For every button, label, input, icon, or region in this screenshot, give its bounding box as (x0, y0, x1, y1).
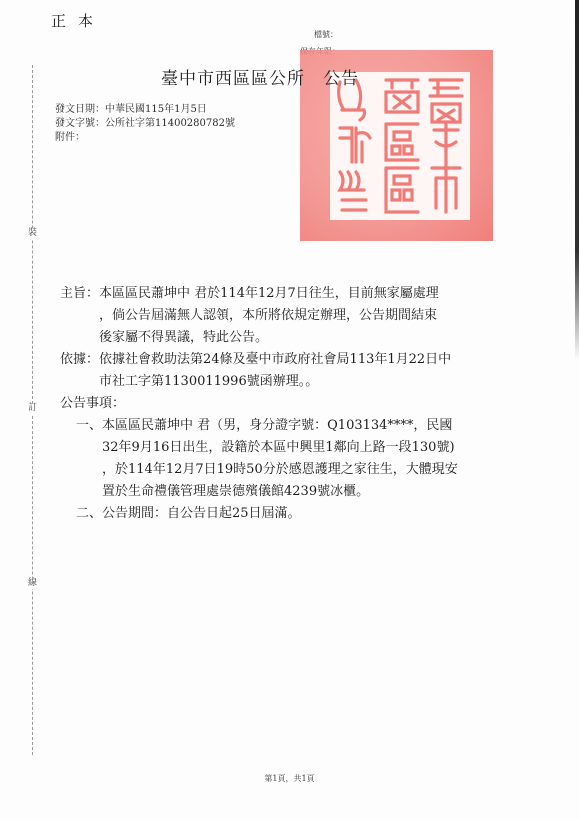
basis-line: 依據社會救助法第24條及臺中市政府社會局113年1月22日中 (99, 349, 520, 371)
subject-line: ，倘公告屆滿無人認領，本所將依規定辦理，公告期間結束 (99, 305, 520, 327)
notice-item-line: 32年9月16日出生，設籍於本區中興里1鄰向上路一段130號) (102, 437, 520, 459)
copy-mark: 正本 (51, 10, 105, 31)
document-page: 正本 檔號： 保存年限： 裝 訂 線 (0, 0, 579, 819)
subject-line: 本區區民蕭坤中 君於114年12月7日往生，目前無家屬處理 (99, 283, 520, 305)
seal-inner (330, 72, 470, 220)
binding-mark-xian: 線 (28, 578, 37, 589)
notice-items-label: 公告事項： (60, 393, 520, 415)
subject-label: 主旨： (60, 283, 99, 349)
issue-date-row: 發文日期：中華民國115年1月5日 (55, 103, 235, 117)
page-title: 臺中市西區區公所 公告 (161, 64, 359, 89)
page-number-footer: 第1頁，共1頁 (0, 773, 579, 784)
binding-mark-ding: 訂 (28, 403, 37, 414)
issue-date-value: 中華民國115年1月5日 (105, 104, 207, 115)
document-metadata: 發文日期：中華民國115年1月5日 發文字號：公所社字第11400280782號… (55, 103, 235, 145)
notice-item-content: 公告期間：自公告日起25日屆滿。 (102, 503, 520, 525)
document-body: 主旨： 本區區民蕭坤中 君於114年12月7日往生，目前無家屬處理 ，倘公告屆滿… (60, 283, 520, 525)
basis-label: 依據： (60, 349, 99, 393)
basis-line: 市社工字第1130011996號函辦理。。 (99, 371, 520, 393)
basis-section: 依據： 依據社會救助法第24條及臺中市政府社會局113年1月22日中 市社工字第… (60, 349, 520, 393)
basis-content: 依據社會救助法第24條及臺中市政府社會局113年1月22日中 市社工字第1130… (99, 349, 520, 393)
subject-line: 後家屬不得異議，特此公告。 (99, 327, 520, 349)
attachment-label: 附件： (55, 132, 85, 143)
binding-mark-zhuang: 裝 (28, 228, 37, 239)
seal-script-icon (330, 72, 470, 220)
notice-item-line: ，於114年12月7日19時50分於感恩護理之家往生，大體現安 (102, 459, 520, 481)
notice-items-section: 公告事項： 一、 本區區民蕭坤中 君（男，身分證字號：Q103134****，民… (60, 393, 520, 525)
notice-item-content: 本區區民蕭坤中 君（男，身分證字號：Q103134****，民國 32年9月16… (102, 415, 520, 503)
attachment-row: 附件： (55, 131, 235, 145)
scan-edge-shadow (575, 0, 579, 360)
subject-section: 主旨： 本區區民蕭坤中 君於114年12月7日往生，目前無家屬處理 ，倘公告屆滿… (60, 283, 520, 349)
doc-number-value: 公所社字第11400280782號 (105, 118, 235, 129)
notice-item-line: 公告期間：自公告日起25日屆滿。 (102, 503, 520, 525)
file-number-label: 檔號： (300, 26, 338, 43)
subject-content: 本區區民蕭坤中 君於114年12月7日往生，目前無家屬處理 ，倘公告屆滿無人認領… (99, 283, 520, 349)
notice-item-number: 一、 (76, 415, 102, 503)
notice-item-line: 置於生命禮儀管理處崇德殯儀館4239號冰櫃。 (102, 481, 520, 503)
issue-date-label: 發文日期： (55, 104, 105, 115)
notice-item: 二、 公告期間：自公告日起25日屆滿。 (60, 503, 520, 525)
notice-item: 一、 本區區民蕭坤中 君（男，身分證字號：Q103134****，民國 32年9… (60, 415, 520, 503)
notice-item-number: 二、 (76, 503, 102, 525)
doc-number-label: 發文字號： (55, 118, 105, 129)
notice-item-line: 本區區民蕭坤中 君（男，身分證字號：Q103134****，民國 (102, 415, 520, 437)
doc-number-row: 發文字號：公所社字第11400280782號 (55, 117, 235, 131)
